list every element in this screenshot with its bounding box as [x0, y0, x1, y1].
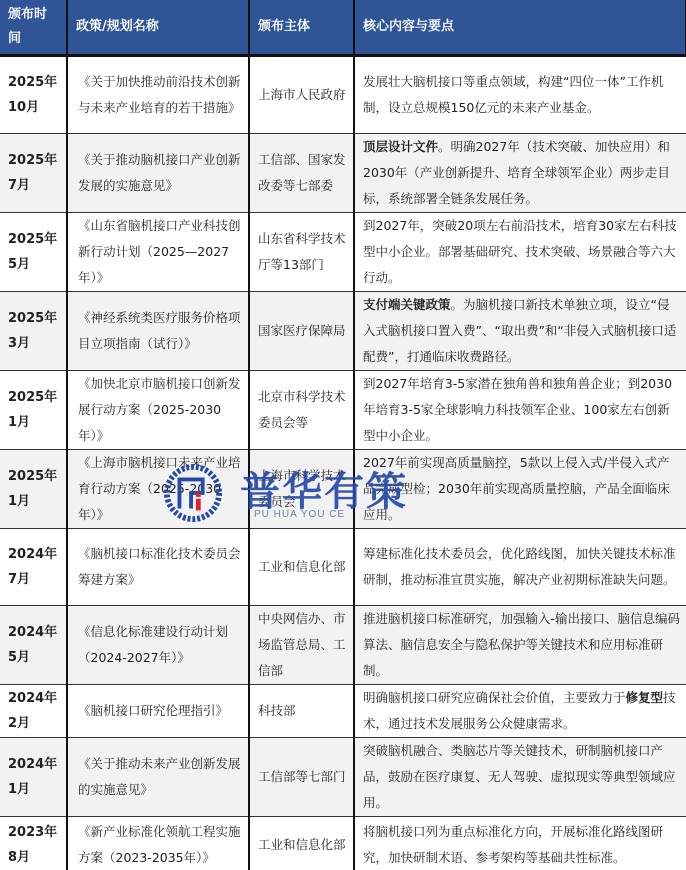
- cell-content: 将脑机接口列为重点标准化方向，开展标准化路线图研究，加快研制术语、参考架构等基础…: [354, 817, 686, 870]
- content-highlight: 顶层设计文件: [363, 139, 438, 154]
- cell-content: 推进脑机接口标准研究，加强输入-输出接口、脑信息编码算法、脑信息安全与隐私保护等…: [354, 606, 686, 685]
- cell-issuer: 山东省科学技术厅等13部门: [249, 213, 354, 292]
- cell-policy-name: 《脑机接口标准化技术委员会筹建方案》: [67, 529, 249, 606]
- cell-date: 2024年5月: [0, 606, 67, 685]
- cell-issuer: 工业和信息化部: [249, 817, 354, 870]
- cell-date: 2025年1月: [0, 371, 67, 450]
- cell-date: 2025年10月: [0, 56, 67, 134]
- header-policy-name: 政策/规划名称: [67, 0, 249, 56]
- cell-issuer: 北京市科学技术委员会等: [249, 371, 354, 450]
- cell-policy-name: 《加快北京市脑机接口创新发展行动方案（2025-2030年）》: [67, 371, 249, 450]
- cell-content: 筹建标准化技术委员会，优化路线图，加快关键技术标准研制，推动标准宣贯实施，解决产…: [354, 529, 686, 606]
- cell-policy-name: 《脑机接口研究伦理指引》: [67, 685, 249, 738]
- cell-content: 到2027年培育3-5家潜在独角兽和独角兽企业；到2030年培育3-5家全球影响…: [354, 371, 686, 450]
- cell-date: 2024年7月: [0, 529, 67, 606]
- content-highlight: 支付端关键政策: [363, 297, 451, 312]
- cell-issuer: 科技部: [249, 685, 354, 738]
- cell-content: 2027年前实现高质量脑控，5款以上侵入式/半侵入式产品完成型检；2030年前实…: [354, 450, 686, 529]
- cell-issuer: 工业和信息化部: [249, 529, 354, 606]
- cell-policy-name: 《关于加快推动前沿技术创新与未来产业培育的若干措施》: [67, 56, 249, 134]
- policy-table: 颁布时间 政策/规划名称 颁布主体 核心内容与要点 2025年10月 《关于加快…: [0, 0, 686, 870]
- cell-date: 2025年5月: [0, 213, 67, 292]
- cell-date: 2023年8月: [0, 817, 67, 870]
- cell-policy-name: 《神经系统类医疗服务价格项目立项指南（试行）》: [67, 292, 249, 371]
- table-row: 2023年8月 《新产业标准化领航工程实施方案（2023-2035年）》 工业和…: [0, 817, 686, 870]
- table-row: 2025年5月 《山东省脑机接口产业科技创新行动计划（2025—2027年）》 …: [0, 213, 686, 292]
- table-row: 2024年5月 《信息化标准建设行动计划（2024-2027年）》 中央网信办、…: [0, 606, 686, 685]
- cell-content: 明确脑机接口研究应确保社会价值，主要致力于修复型技术，通过技术发展服务公众健康需…: [354, 685, 686, 738]
- table-row: 2024年2月 《脑机接口研究伦理指引》 科技部 明确脑机接口研究应确保社会价值…: [0, 685, 686, 738]
- table-row: 2024年1月 《关于推动未来产业创新发展的实施意见》 工信部等七部门 突破脑机…: [0, 738, 686, 817]
- cell-policy-name: 《关于推动未来产业创新发展的实施意见》: [67, 738, 249, 817]
- cell-issuer: 工信部、国家发改委等七部委: [249, 134, 354, 213]
- cell-content: 到2027年，突破20项左右前沿技术，培育30家左右科技型中小企业。部署基础研究…: [354, 213, 686, 292]
- content-text: 明确脑机接口研究应确保社会价值，主要致力于: [363, 690, 626, 705]
- table-row: 2025年10月 《关于加快推动前沿技术创新与未来产业培育的若干措施》 上海市人…: [0, 56, 686, 134]
- table-row: 2025年1月 《加快北京市脑机接口创新发展行动方案（2025-2030年）》 …: [0, 371, 686, 450]
- cell-policy-name: 《山东省脑机接口产业科技创新行动计划（2025—2027年）》: [67, 213, 249, 292]
- table-row: 2025年7月 《关于推动脑机接口产业创新发展的实施意见》 工信部、国家发改委等…: [0, 134, 686, 213]
- cell-policy-name: 《上海市脑机接口未来产业培育行动方案（2025-2030年）》: [67, 450, 249, 529]
- cell-policy-name: 《信息化标准建设行动计划（2024-2027年）》: [67, 606, 249, 685]
- table-row: 2025年1月 《上海市脑机接口未来产业培育行动方案（2025-2030年）》 …: [0, 450, 686, 529]
- cell-issuer: 工信部等七部门: [249, 738, 354, 817]
- header-core-content: 核心内容与要点: [354, 0, 686, 56]
- cell-policy-name: 《关于推动脑机接口产业创新发展的实施意见》: [67, 134, 249, 213]
- cell-content: 突破脑机融合、类脑芯片等关键技术，研制脑机接口产品，鼓励在医疗康复、无人驾驶、虚…: [354, 738, 686, 817]
- header-date: 颁布时间: [0, 0, 67, 56]
- cell-content: 顶层设计文件。明确2027年（技术突破、加快应用）和2030年（产业创新提升、培…: [354, 134, 686, 213]
- cell-date: 2025年1月: [0, 450, 67, 529]
- cell-date: 2024年1月: [0, 738, 67, 817]
- cell-date: 2025年3月: [0, 292, 67, 371]
- cell-policy-name: 《新产业标准化领航工程实施方案（2023-2035年）》: [67, 817, 249, 870]
- cell-issuer: 中央网信办、市场监管总局、工信部: [249, 606, 354, 685]
- cell-content: 支付端关键政策。为脑机接口新技术单独立项，设立“侵入式脑机接口置入费”、“取出费…: [354, 292, 686, 371]
- cell-content: 发展壮大脑机接口等重点领域，构建“四位一体”工作机制，设立总规模150亿元的未来…: [354, 56, 686, 134]
- header-issuer: 颁布主体: [249, 0, 354, 56]
- table-row: 2025年3月 《神经系统类医疗服务价格项目立项指南（试行）》 国家医疗保障局 …: [0, 292, 686, 371]
- cell-issuer: 国家医疗保障局: [249, 292, 354, 371]
- table-row: 2024年7月 《脑机接口标准化技术委员会筹建方案》 工业和信息化部 筹建标准化…: [0, 529, 686, 606]
- cell-date: 2024年2月: [0, 685, 67, 738]
- cell-issuer: 上海市科学技术委员会: [249, 450, 354, 529]
- cell-date: 2025年7月: [0, 134, 67, 213]
- content-highlight: 修复型: [626, 690, 664, 705]
- cell-issuer: 上海市人民政府: [249, 56, 354, 134]
- table-header-row: 颁布时间 政策/规划名称 颁布主体 核心内容与要点: [0, 0, 686, 56]
